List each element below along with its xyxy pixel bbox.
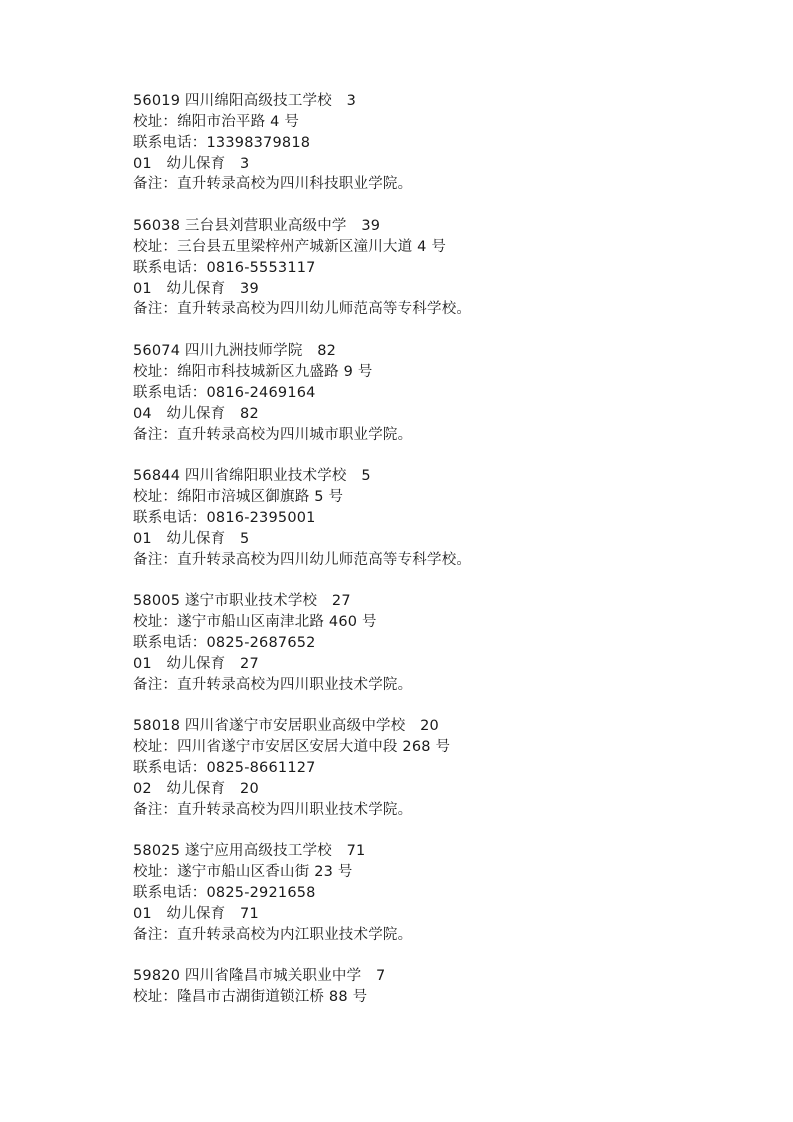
school-entry: 59820 四川省隆昌市城关职业中学 7校址：隆昌市古湖街道锁江桥 88 号 (133, 966, 753, 1008)
entry-address-line: 校址：三台县五里梁梓州产城新区潼川大道 4 号 (133, 237, 753, 258)
entry-header-line: 58025 遂宁应用高级技工学校 71 (133, 841, 753, 862)
school-entry: 56074 四川九洲技师学院 82校址：绵阳市科技城新区九盛路 9 号联系电话：… (133, 341, 753, 445)
entry-note-line: 备注：直升转录高校为四川幼儿师范高等专科学校。 (133, 299, 753, 320)
entry-phone-line: 联系电话：0825-2921658 (133, 883, 753, 904)
entry-note-line: 备注：直升转录高校为四川科技职业学院。 (133, 174, 753, 195)
school-entry: 58005 遂宁市职业技术学校 27校址：遂宁市船山区南津北路 460 号联系电… (133, 591, 753, 695)
entry-major-line: 01 幼儿保育 39 (133, 279, 753, 300)
entry-phone-line: 联系电话：13398379818 (133, 133, 753, 154)
entry-major-line: 02 幼儿保育 20 (133, 779, 753, 800)
entry-address-line: 校址：绵阳市涪城区御旗路 5 号 (133, 487, 753, 508)
entry-address-line: 校址：隆昌市古湖街道锁江桥 88 号 (133, 987, 753, 1008)
school-entry: 56844 四川省绵阳职业技术学校 5校址：绵阳市涪城区御旗路 5 号联系电话：… (133, 466, 753, 570)
entry-major-line: 01 幼儿保育 3 (133, 154, 753, 175)
entry-major-line: 01 幼儿保育 71 (133, 904, 753, 925)
entry-address-line: 校址：遂宁市船山区香山街 23 号 (133, 862, 753, 883)
entry-phone-line: 联系电话：0816-5553117 (133, 258, 753, 279)
entry-phone-line: 联系电话：0825-2687652 (133, 633, 753, 654)
entry-note-line: 备注：直升转录高校为四川职业技术学院。 (133, 800, 753, 821)
entry-note-line: 备注：直升转录高校为四川幼儿师范高等专科学校。 (133, 550, 753, 571)
entry-header-line: 58005 遂宁市职业技术学校 27 (133, 591, 753, 612)
entry-address-line: 校址：绵阳市科技城新区九盛路 9 号 (133, 362, 753, 383)
entry-header-line: 58018 四川省遂宁市安居职业高级中学校 20 (133, 716, 753, 737)
entry-address-line: 校址：绵阳市治平路 4 号 (133, 112, 753, 133)
entry-header-line: 56844 四川省绵阳职业技术学校 5 (133, 466, 753, 487)
entry-note-line: 备注：直升转录高校为四川城市职业学院。 (133, 425, 753, 446)
entry-major-line: 01 幼儿保育 27 (133, 654, 753, 675)
entry-header-line: 59820 四川省隆昌市城关职业中学 7 (133, 966, 753, 987)
document-page: 56019 四川绵阳高级技工学校 3校址：绵阳市治平路 4 号联系电话：1339… (0, 0, 793, 1122)
school-entry: 56038 三台县刘营职业高级中学 39校址：三台县五里梁梓州产城新区潼川大道 … (133, 216, 753, 320)
entry-phone-line: 联系电话：0825-8661127 (133, 758, 753, 779)
school-entry: 58018 四川省遂宁市安居职业高级中学校 20校址：四川省遂宁市安居区安居大道… (133, 716, 753, 820)
entry-header-line: 56074 四川九洲技师学院 82 (133, 341, 753, 362)
entry-header-line: 56019 四川绵阳高级技工学校 3 (133, 91, 753, 112)
entry-phone-line: 联系电话：0816-2469164 (133, 383, 753, 404)
entry-major-line: 01 幼儿保育 5 (133, 529, 753, 550)
entry-note-line: 备注：直升转录高校为内江职业技术学院。 (133, 925, 753, 946)
school-list: 56019 四川绵阳高级技工学校 3校址：绵阳市治平路 4 号联系电话：1339… (133, 91, 753, 1008)
entry-address-line: 校址：遂宁市船山区南津北路 460 号 (133, 612, 753, 633)
entry-note-line: 备注：直升转录高校为四川职业技术学院。 (133, 675, 753, 696)
entry-phone-line: 联系电话：0816-2395001 (133, 508, 753, 529)
school-entry: 56019 四川绵阳高级技工学校 3校址：绵阳市治平路 4 号联系电话：1339… (133, 91, 753, 195)
entry-address-line: 校址：四川省遂宁市安居区安居大道中段 268 号 (133, 737, 753, 758)
entry-major-line: 04 幼儿保育 82 (133, 404, 753, 425)
entry-header-line: 56038 三台县刘营职业高级中学 39 (133, 216, 753, 237)
school-entry: 58025 遂宁应用高级技工学校 71校址：遂宁市船山区香山街 23 号联系电话… (133, 841, 753, 945)
